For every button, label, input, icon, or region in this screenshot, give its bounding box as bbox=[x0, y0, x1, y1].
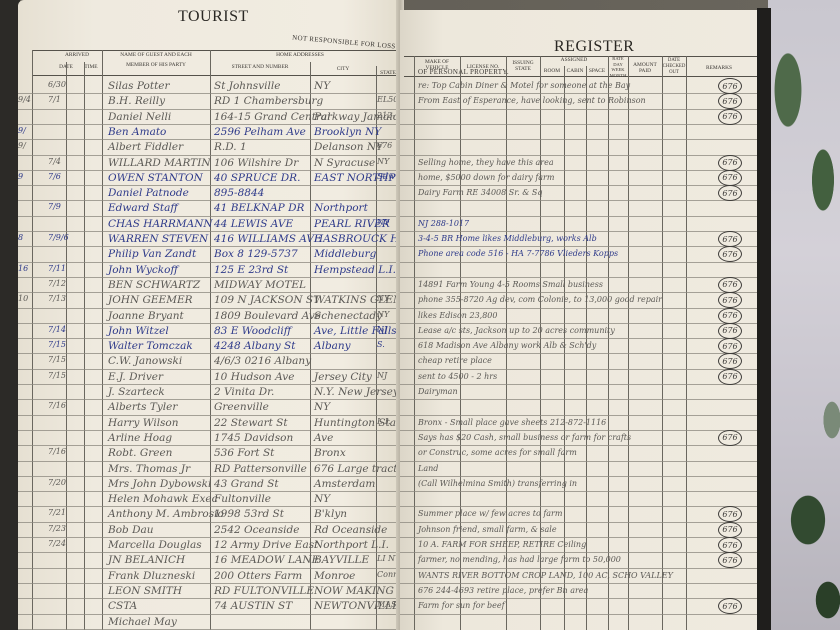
street-address: 125 E 23rd St bbox=[214, 264, 288, 276]
arrival-date: 7/16 bbox=[48, 447, 66, 456]
city: B'klyn bbox=[314, 508, 347, 520]
guest-name: E.J. Driver bbox=[108, 371, 163, 383]
city: N Syracuse bbox=[314, 157, 375, 169]
column-rule bbox=[66, 62, 67, 630]
street-address: 22 Stewart St bbox=[214, 417, 288, 429]
row-rule bbox=[400, 338, 758, 339]
remark-text: (Call Wilhelmina Smith) transferring in bbox=[418, 479, 577, 488]
row-rule bbox=[400, 537, 758, 538]
street-address: 83 E Woodcliff bbox=[214, 325, 291, 337]
row-rule bbox=[18, 522, 400, 523]
guest-name: J. Szarteck bbox=[108, 386, 165, 398]
header-issuing-state: ISSUING STATE bbox=[506, 60, 540, 73]
row-rule bbox=[400, 583, 758, 584]
street-address: 109 N JACKSON ST bbox=[214, 294, 320, 306]
remark-text: sent to 4500 - 2 hrs bbox=[418, 372, 497, 381]
row-rule bbox=[18, 155, 400, 156]
state: NY bbox=[377, 157, 389, 166]
street-address: 2596 Pelham Ave bbox=[214, 126, 306, 138]
circled-code-badge: 676 bbox=[718, 170, 742, 186]
row-rule bbox=[18, 262, 400, 263]
guest-name: Walter Tomczak bbox=[108, 340, 193, 352]
city: Ave bbox=[314, 432, 333, 444]
arrival-date: 7/13 bbox=[48, 294, 66, 303]
guest-name: John Witzel bbox=[108, 325, 169, 337]
margin-note: 16 bbox=[18, 264, 28, 273]
row-rule bbox=[400, 445, 758, 446]
remark-text: Selling home, they have this area bbox=[418, 158, 554, 167]
city: Northport L.I. bbox=[314, 539, 389, 551]
circled-code-badge: 676 bbox=[718, 323, 742, 339]
column-rule bbox=[32, 50, 33, 630]
row-rule bbox=[400, 93, 758, 94]
circled-code-badge: 676 bbox=[718, 506, 742, 522]
remark-text: or Construc, some acres for small farm bbox=[418, 448, 577, 457]
margin-note: 9/ bbox=[18, 141, 26, 150]
row-rule bbox=[400, 522, 758, 523]
arrival-date: 7/6 bbox=[48, 172, 61, 181]
guest-name: Robt. Green bbox=[108, 447, 172, 459]
city: Jersey City bbox=[314, 371, 372, 383]
header-make-of-vehicle: MAKE OF VEHICLE bbox=[414, 59, 460, 72]
row-rule bbox=[400, 292, 758, 293]
header-bottom-rule bbox=[32, 75, 400, 76]
circled-code-badge: 676 bbox=[718, 522, 742, 538]
row-rule bbox=[18, 200, 400, 201]
guest-name: Helen Mohawk Exec bbox=[108, 493, 218, 505]
arrival-date: 7/20 bbox=[48, 478, 66, 487]
circled-code-badge: 676 bbox=[718, 109, 742, 125]
guest-name: C.W. Janowski bbox=[108, 355, 182, 367]
arrival-date: 7/11 bbox=[48, 264, 66, 273]
margin-note: 10 bbox=[18, 294, 28, 303]
row-rule bbox=[400, 185, 758, 186]
row-rule bbox=[400, 384, 758, 385]
guest-name: Daniel Patnode bbox=[108, 187, 189, 199]
remark-text: From East of Esperance, have looking, se… bbox=[418, 96, 646, 105]
column-rule bbox=[628, 56, 629, 630]
guest-name: Daniel Nelli bbox=[108, 111, 171, 123]
guest-name: B.H. Reilly bbox=[108, 95, 165, 107]
margin-note: 9/4 bbox=[18, 95, 31, 104]
remark-text: 14891 Farm Young 4-5 Rooms Small busines… bbox=[418, 280, 603, 289]
row-rule bbox=[400, 170, 758, 171]
remark-text: home, $5000 down for dairy farm bbox=[418, 173, 554, 182]
margin-note: 9/ bbox=[18, 126, 26, 135]
row-rule bbox=[18, 445, 400, 446]
city: Amsterdam bbox=[314, 478, 375, 490]
city: Albany bbox=[314, 340, 351, 352]
remark-text: farmer, no mending, has had large farm t… bbox=[418, 555, 621, 564]
street-address: 41 BELKNAP DR bbox=[214, 202, 304, 214]
row-rule bbox=[18, 170, 400, 171]
city: Schenectady bbox=[314, 310, 382, 322]
guest-name: JOHN GEEMER bbox=[108, 294, 193, 306]
remark-text: Summer place w/ few acres to farm bbox=[418, 509, 562, 518]
remark-text: NJ 288-1017 bbox=[418, 219, 469, 228]
register-left-page: TOURIST NOT RESPONSIBLE FOR LOSS ARRIVED… bbox=[18, 0, 400, 630]
city: Delanson NY bbox=[314, 141, 383, 153]
row-rule bbox=[18, 506, 400, 507]
city: HASBROUCK HTS bbox=[314, 233, 400, 245]
arrival-date: 7/12 bbox=[48, 279, 66, 288]
header-home-addresses: HOME ADDRESSES bbox=[210, 52, 390, 58]
remark-text: phone 355-8720 Ag dev, com Colonie, to 1… bbox=[418, 295, 662, 304]
remark-text: Land bbox=[418, 464, 438, 473]
header-room: ROOM bbox=[540, 68, 564, 74]
guest-name: Bob Dau bbox=[108, 524, 154, 536]
row-rule bbox=[18, 537, 400, 538]
notice-not-responsible: NOT RESPONSIBLE FOR LOSS bbox=[292, 33, 396, 50]
guest-name: Mrs. Thomas Jr bbox=[108, 463, 190, 475]
city: Bronx bbox=[314, 447, 346, 459]
row-rule bbox=[18, 246, 400, 247]
arrival-date: 7/4 bbox=[48, 157, 61, 166]
guest-name: Anthony M. Ambrosio bbox=[108, 508, 224, 520]
street-address: Box 8 129-5737 bbox=[214, 248, 298, 260]
circled-code-badge: 676 bbox=[718, 246, 742, 262]
register-right-page: REGISTER OF PERSONAL PROPERTY. MAKE OF V… bbox=[400, 10, 758, 630]
guest-name: Michael May bbox=[108, 616, 177, 628]
column-rule bbox=[662, 56, 663, 630]
circled-code-badge: 676 bbox=[718, 369, 742, 385]
guest-name: LEON SMITH bbox=[108, 585, 182, 597]
guest-name: Frank Dluzneski bbox=[108, 570, 195, 582]
circled-code-badge: 676 bbox=[718, 537, 742, 553]
city: NY bbox=[314, 80, 330, 92]
header-date-checked-out: DATE CHECKED OUT bbox=[662, 58, 686, 75]
street-address: 43 Grand St bbox=[214, 478, 279, 490]
city: N.Y. New Jersey bbox=[314, 386, 399, 398]
row-rule bbox=[18, 216, 400, 217]
arrival-date: 7/14 bbox=[48, 325, 66, 334]
street-address: 16 MEADOW LANE bbox=[214, 554, 319, 566]
state: NJ bbox=[377, 371, 387, 380]
column-rule bbox=[84, 62, 85, 630]
guest-name: Harry Wilson bbox=[108, 417, 179, 429]
guest-name: CHAS HARRMANN bbox=[108, 218, 213, 230]
circled-code-badge: 676 bbox=[718, 277, 742, 293]
row-rule bbox=[18, 93, 400, 94]
row-rule bbox=[18, 353, 400, 354]
remark-text: Farm for sun for beef bbox=[418, 601, 505, 610]
row-rule bbox=[18, 109, 400, 110]
street-address: 1745 Davidson bbox=[214, 432, 293, 444]
header-name-party: MEMBER OF HIS PARTY bbox=[102, 62, 210, 68]
row-rule bbox=[400, 353, 758, 354]
street-address: 1809 Boulevard Ave bbox=[214, 310, 321, 322]
header-top-rule bbox=[32, 50, 400, 51]
book-binding-left bbox=[0, 0, 20, 630]
header-cabin: CABIN bbox=[564, 68, 586, 74]
circled-code-badge: 676 bbox=[718, 155, 742, 171]
state: NY bbox=[377, 218, 389, 227]
guest-name: Philip Van Zandt bbox=[108, 248, 196, 260]
row-rule bbox=[18, 231, 400, 232]
city: Hempstead L.I. N.Y. bbox=[314, 264, 400, 276]
guest-name: Edward Staff bbox=[108, 202, 178, 214]
remark-text: likes Edison 23,800 bbox=[418, 311, 497, 320]
remark-text: 618 Madison Ave Albany work Alb & Sch'dy bbox=[418, 341, 596, 350]
margin-note: 8 bbox=[18, 233, 23, 242]
row-rule bbox=[400, 262, 758, 263]
circled-code-badge: 676 bbox=[718, 292, 742, 308]
city: Brooklyn NY bbox=[314, 126, 381, 138]
row-rule bbox=[18, 476, 400, 477]
city: NY bbox=[314, 493, 330, 505]
row-rule bbox=[400, 139, 758, 140]
row-rule bbox=[400, 598, 758, 599]
arrival-date: 7/15 bbox=[48, 371, 66, 380]
row-rule bbox=[18, 338, 400, 339]
guest-name: Marcella Douglas bbox=[108, 539, 202, 551]
row-rule bbox=[18, 415, 400, 416]
circled-code-badge: 676 bbox=[718, 552, 742, 568]
street-address: 44 LEWIS AVE bbox=[214, 218, 293, 230]
street-address: 4248 Albany St bbox=[214, 340, 295, 352]
city: BAYVILLE bbox=[314, 554, 369, 566]
row-rule bbox=[18, 292, 400, 293]
header-city: CITY bbox=[310, 66, 376, 72]
arrival-date: 7/9 bbox=[48, 202, 61, 211]
header-space: SPACE bbox=[586, 68, 608, 74]
camouflage-cover bbox=[768, 0, 840, 630]
page-title-tourist: TOURIST bbox=[178, 8, 249, 26]
page-title-register: REGISTER bbox=[554, 38, 634, 56]
city: 676 Large tracts bbox=[314, 463, 400, 475]
guest-name: John Wyckoff bbox=[108, 264, 178, 276]
street-address: Fultonville bbox=[214, 493, 271, 505]
guest-name: OWEN STANTON bbox=[108, 172, 203, 184]
header-arrived: ARRIVED bbox=[54, 52, 100, 58]
remark-text: cheap retire place bbox=[418, 356, 492, 365]
row-rule bbox=[18, 583, 400, 584]
remark-text: 676 244-4693 retire place, prefer Bn are… bbox=[418, 586, 588, 595]
row-rule bbox=[18, 323, 400, 324]
circled-code-badge: 676 bbox=[718, 308, 742, 324]
row-rule bbox=[400, 614, 758, 615]
row-rule bbox=[400, 277, 758, 278]
arrival-date: 7/24 bbox=[48, 539, 66, 548]
street-address: 4/6/3 0216 Albany bbox=[214, 355, 311, 367]
row-rule bbox=[400, 246, 758, 247]
circled-code-badge: 676 bbox=[718, 430, 742, 446]
remark-text: 3-4-5 BR Home likes Middleburg, works Al… bbox=[418, 234, 597, 243]
column-rule bbox=[686, 56, 687, 630]
guest-name: JN BELANICH bbox=[108, 554, 185, 566]
guest-name: BEN SCHWARTZ bbox=[108, 279, 200, 291]
row-rule bbox=[400, 216, 758, 217]
row-rule bbox=[18, 552, 400, 553]
row-rule bbox=[400, 430, 758, 431]
column-rule bbox=[210, 50, 211, 630]
row-rule bbox=[18, 491, 400, 492]
guest-name: Joanne Bryant bbox=[108, 310, 184, 322]
row-rule bbox=[400, 308, 758, 309]
city: Northport bbox=[314, 202, 368, 214]
circled-code-badge: 676 bbox=[718, 231, 742, 247]
row-rule bbox=[400, 231, 758, 232]
circled-code-badge: 676 bbox=[718, 598, 742, 614]
street-address: MIDWAY MOTEL bbox=[214, 279, 306, 291]
street-address: 74 AUSTIN ST bbox=[214, 600, 292, 612]
city: Monroe bbox=[314, 570, 355, 582]
remark-text: 10 A. FARM FOR SHEEP, RETIRE Ceiling bbox=[418, 540, 586, 549]
row-rule bbox=[18, 277, 400, 278]
row-rule bbox=[18, 399, 400, 400]
guest-name: CSTA bbox=[108, 600, 137, 612]
state: S. bbox=[377, 340, 385, 349]
column-rule bbox=[102, 50, 103, 630]
header-name: NAME OF GUEST AND EACH bbox=[102, 52, 210, 58]
street-address: 1998 53rd St bbox=[214, 508, 284, 520]
margin-note: 9 bbox=[18, 172, 23, 181]
remark-text: WANTS RIVER BOTTOM CROP LAND, 100 AC, SC… bbox=[418, 571, 673, 580]
circled-code-badge: 676 bbox=[718, 185, 742, 201]
street-address: 2542 Oceanside bbox=[214, 524, 299, 536]
arrival-date: 7/1 bbox=[48, 95, 61, 104]
row-rule bbox=[400, 506, 758, 507]
row-rule bbox=[18, 430, 400, 431]
remark-text: Says has $20 Cash, small business or far… bbox=[418, 433, 631, 442]
street-address: 200 Otters Farm bbox=[214, 570, 302, 582]
remark-text: Johnson friend, small farm, & sale bbox=[418, 525, 557, 534]
row-rule bbox=[18, 139, 400, 140]
remark-text: Phone area code 516 - HA 7-7786 Vlieders… bbox=[418, 249, 618, 258]
row-rule bbox=[18, 369, 400, 370]
header-license: LICENSE NO. bbox=[460, 64, 506, 70]
column-rule bbox=[608, 56, 609, 630]
header-street: STREET AND NUMBER bbox=[210, 64, 310, 70]
remark-text: Lease a/c sts, Jackson up to 20 acres co… bbox=[418, 326, 615, 335]
street-address: 106 Wilshire Dr bbox=[214, 157, 298, 169]
book-cover-edge bbox=[757, 8, 771, 630]
street-address: RD 1 Chambersburg bbox=[214, 95, 323, 107]
circled-code-badge: 676 bbox=[718, 93, 742, 109]
arrival-date: 7/21 bbox=[48, 508, 66, 517]
row-rule bbox=[400, 200, 758, 201]
row-rule bbox=[18, 185, 400, 186]
state: L.I. bbox=[377, 417, 391, 426]
street-address: Greenville bbox=[214, 401, 269, 413]
row-rule bbox=[18, 384, 400, 385]
state: NJ bbox=[377, 325, 387, 334]
street-address: 536 Fort St bbox=[214, 447, 274, 459]
arrival-date: 6/30 bbox=[48, 80, 66, 89]
street-address: 2 Vinita Dr. bbox=[214, 386, 274, 398]
street-address: 416 WILLIAMS AVE bbox=[214, 233, 322, 245]
street-address: St Johnsville bbox=[214, 80, 280, 92]
city: Middleburg bbox=[314, 248, 376, 260]
remark-text: Bronx - Small place gave sheets 212-872-… bbox=[418, 418, 606, 427]
row-rule bbox=[400, 155, 758, 156]
street-address: 895-8844 bbox=[214, 187, 264, 199]
header-bottom-rule bbox=[404, 76, 758, 77]
header-remarks: REMARKS bbox=[686, 65, 752, 71]
arrival-date: 7/15 bbox=[48, 355, 66, 364]
arrival-date: 7/9/6 bbox=[48, 233, 69, 242]
row-rule bbox=[400, 491, 758, 492]
guest-name: Arline Hoag bbox=[108, 432, 172, 444]
street-address: 12 Army Drive East bbox=[214, 539, 318, 551]
street-address: RD Pattersonville bbox=[214, 463, 307, 475]
street-address: R.D. 1 bbox=[214, 141, 247, 153]
row-rule bbox=[18, 124, 400, 125]
row-rule bbox=[18, 614, 400, 615]
row-rule bbox=[400, 476, 758, 477]
guest-name: Mrs John Dybowski bbox=[108, 478, 211, 490]
circled-code-badge: 676 bbox=[718, 353, 742, 369]
row-rule bbox=[18, 308, 400, 309]
state: NY bbox=[377, 294, 389, 303]
city: NOW MAKING bbox=[314, 585, 394, 597]
arrival-date: 7/15 bbox=[48, 340, 66, 349]
row-rule bbox=[400, 124, 758, 125]
row-rule bbox=[18, 461, 400, 462]
row-rule bbox=[18, 568, 400, 569]
row-rule bbox=[400, 461, 758, 462]
arrival-date: 7/23 bbox=[48, 524, 66, 533]
street-address: 40 SPRUCE DR. bbox=[214, 172, 300, 184]
street-address: 10 Hudson Ave bbox=[214, 371, 294, 383]
row-rule bbox=[400, 568, 758, 569]
street-address: RD FULTONVILLE bbox=[214, 585, 314, 597]
remark-text: re: Top Cabin Diner & Motel for someone … bbox=[418, 81, 630, 90]
header-rate: RATE DAY WEEK MONTH bbox=[608, 56, 628, 78]
city: Rd Oceanside bbox=[314, 524, 387, 536]
state: 676 bbox=[377, 141, 392, 150]
state: Stlw bbox=[377, 172, 395, 181]
guest-name: Silas Potter bbox=[108, 80, 170, 92]
row-rule bbox=[400, 415, 758, 416]
circled-code-badge: 676 bbox=[718, 338, 742, 354]
row-rule bbox=[400, 369, 758, 370]
row-rule bbox=[400, 399, 758, 400]
row-rule bbox=[18, 598, 400, 599]
guest-name: Albert Fiddler bbox=[108, 141, 183, 153]
row-rule bbox=[400, 552, 758, 553]
remark-text: Dairyman bbox=[418, 387, 458, 396]
row-rule bbox=[400, 323, 758, 324]
header-assigned: ASSIGNED bbox=[540, 57, 608, 63]
circled-code-badge: 676 bbox=[718, 78, 742, 94]
arrival-date: 7/16 bbox=[48, 401, 66, 410]
column-rule bbox=[414, 56, 415, 630]
guest-name: Alberts Tyler bbox=[108, 401, 177, 413]
city: NY bbox=[314, 401, 330, 413]
row-rule bbox=[400, 109, 758, 110]
guest-name: Ben Amato bbox=[108, 126, 166, 138]
guest-name: WILLARD MARTIN bbox=[108, 157, 211, 169]
remark-text: Dairy Farm RE 34008 Sr. & Sq bbox=[418, 188, 543, 197]
guest-name: WARREN STEVEN bbox=[108, 233, 208, 245]
state: NY bbox=[377, 310, 389, 319]
header-amount-paid: AMOUNT PAID bbox=[628, 62, 662, 75]
